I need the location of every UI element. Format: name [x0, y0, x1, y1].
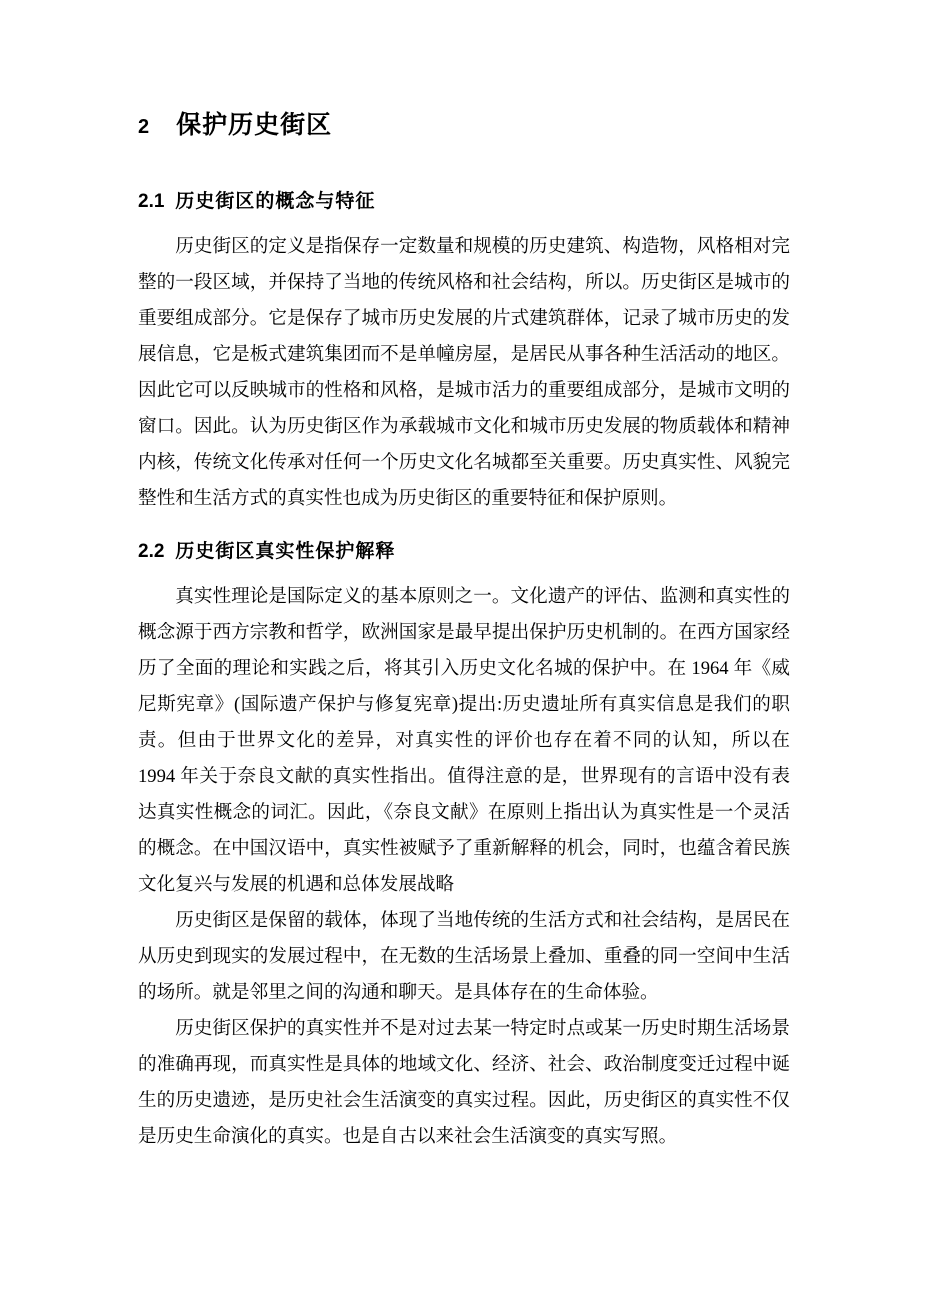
section-title-2-1: 历史街区的概念与特征	[175, 191, 375, 212]
body-paragraph-3: 历史街区是保留的载体，体现了当地传统的生活方式和社会结构，是居民在从历史到现实的…	[138, 903, 790, 1011]
chapter-title: 保护历史街区	[176, 111, 332, 139]
section-number-2-1: 2.1	[138, 191, 164, 212]
chapter-heading: 2保护历史街区	[138, 106, 790, 146]
body-paragraph-4: 历史街区保护的真实性并不是对过去某一特定时点或某一历史时期生活场景的准确再现，而…	[138, 1011, 790, 1155]
section-heading-2-2: 2.2历史街区真实性保护解释	[138, 537, 790, 567]
document-page: 2保护历史街区 2.1历史街区的概念与特征 历史街区的定义是指保存一定数量和规模…	[0, 0, 926, 1155]
section-title-2-2: 历史街区真实性保护解释	[175, 541, 395, 562]
chapter-number: 2	[138, 116, 149, 138]
section-heading-2-1: 2.1历史街区的概念与特征	[138, 187, 790, 217]
body-paragraph-2: 真实性理论是国际定义的基本原则之一。文化遗产的评估、监测和真实性的概念源于西方宗…	[138, 579, 790, 903]
section-number-2-2: 2.2	[138, 541, 164, 562]
page-background: { "document": { "chapter": { "number": "…	[0, 0, 926, 1309]
body-paragraph-1: 历史街区的定义是指保存一定数量和规模的历史建筑、构造物，风格相对完整的一段区域，…	[138, 229, 790, 517]
